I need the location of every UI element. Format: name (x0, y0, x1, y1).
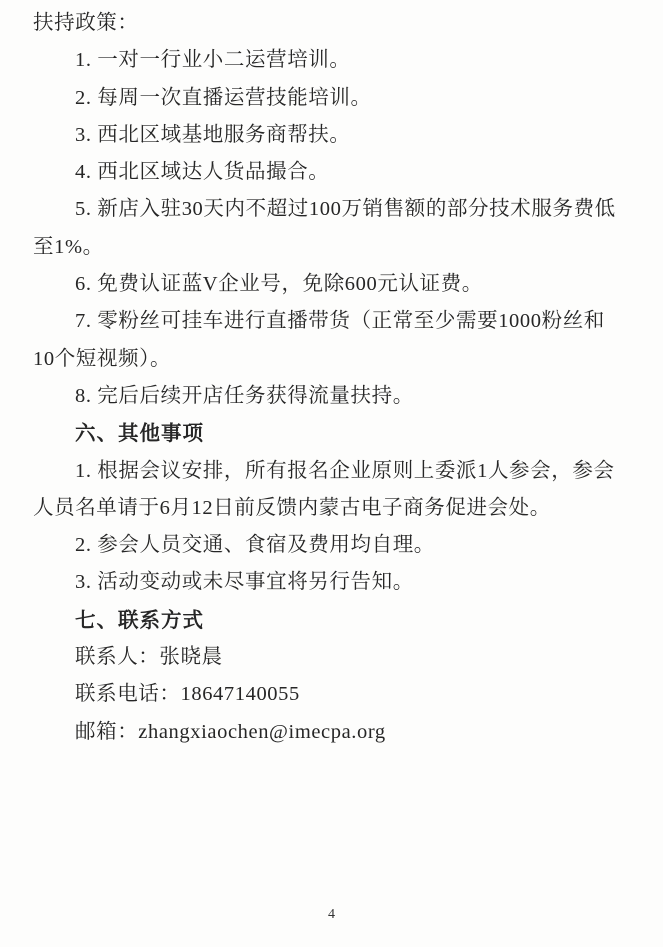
section-heading-other-matters: 六、其他事项 (33, 415, 635, 452)
text-line-policy-item-2: 2. 每周一次直播运营技能培训。 (33, 80, 635, 117)
text-line-other-item-3: 3. 活动变动或未尽事宜将另行告知。 (33, 564, 635, 601)
text-line-support-policy-label: 扶持政策： (33, 5, 635, 42)
text-line-policy-item-8: 8. 完后后续开店任务获得流量扶持。 (33, 378, 635, 415)
page-number: 4 (0, 907, 663, 923)
text-line-contact-person: 联系人：张晓晨 (33, 639, 635, 676)
text-line-contact-phone: 联系电话：18647140055 (33, 676, 635, 713)
text-line-policy-item-4: 4. 西北区域达人货品撮合。 (33, 154, 635, 191)
section-heading-contact-info: 七、联系方式 (33, 602, 635, 639)
text-line-policy-item-6: 6. 免费认证蓝V企业号，免除600元认证费。 (33, 266, 635, 303)
text-line-policy-item-7: 7. 零粉丝可挂车进行直播带货（正常至少需要1000粉丝和 (33, 303, 635, 340)
text-line-policy-item-3: 3. 西北区域基地服务商帮扶。 (33, 117, 635, 154)
text-line-contact-email: 邮箱：zhangxiaochen@imecpa.org (33, 714, 635, 751)
text-line-other-item-1-cont: 人员名单请于6月12日前反馈内蒙古电子商务促进会处。 (33, 490, 635, 527)
text-line-policy-item-7-cont: 10个短视频）。 (33, 341, 635, 378)
text-line-policy-item-1: 1. 一对一行业小二运营培训。 (33, 42, 635, 79)
text-line-other-item-2: 2. 参会人员交通、食宿及费用均自理。 (33, 527, 635, 564)
text-line-policy-item-5-cont: 至1%。 (33, 229, 635, 266)
document-page: 扶持政策： 1. 一对一行业小二运营培训。 2. 每周一次直播运营技能培训。 3… (0, 0, 663, 947)
document-body: 扶持政策： 1. 一对一行业小二运营培训。 2. 每周一次直播运营技能培训。 3… (33, 5, 635, 751)
text-line-policy-item-5: 5. 新店入驻30天内不超过100万销售额的部分技术服务费低 (33, 191, 635, 228)
text-line-other-item-1: 1. 根据会议安排，所有报名企业原则上委派1人参会，参会 (33, 453, 635, 490)
